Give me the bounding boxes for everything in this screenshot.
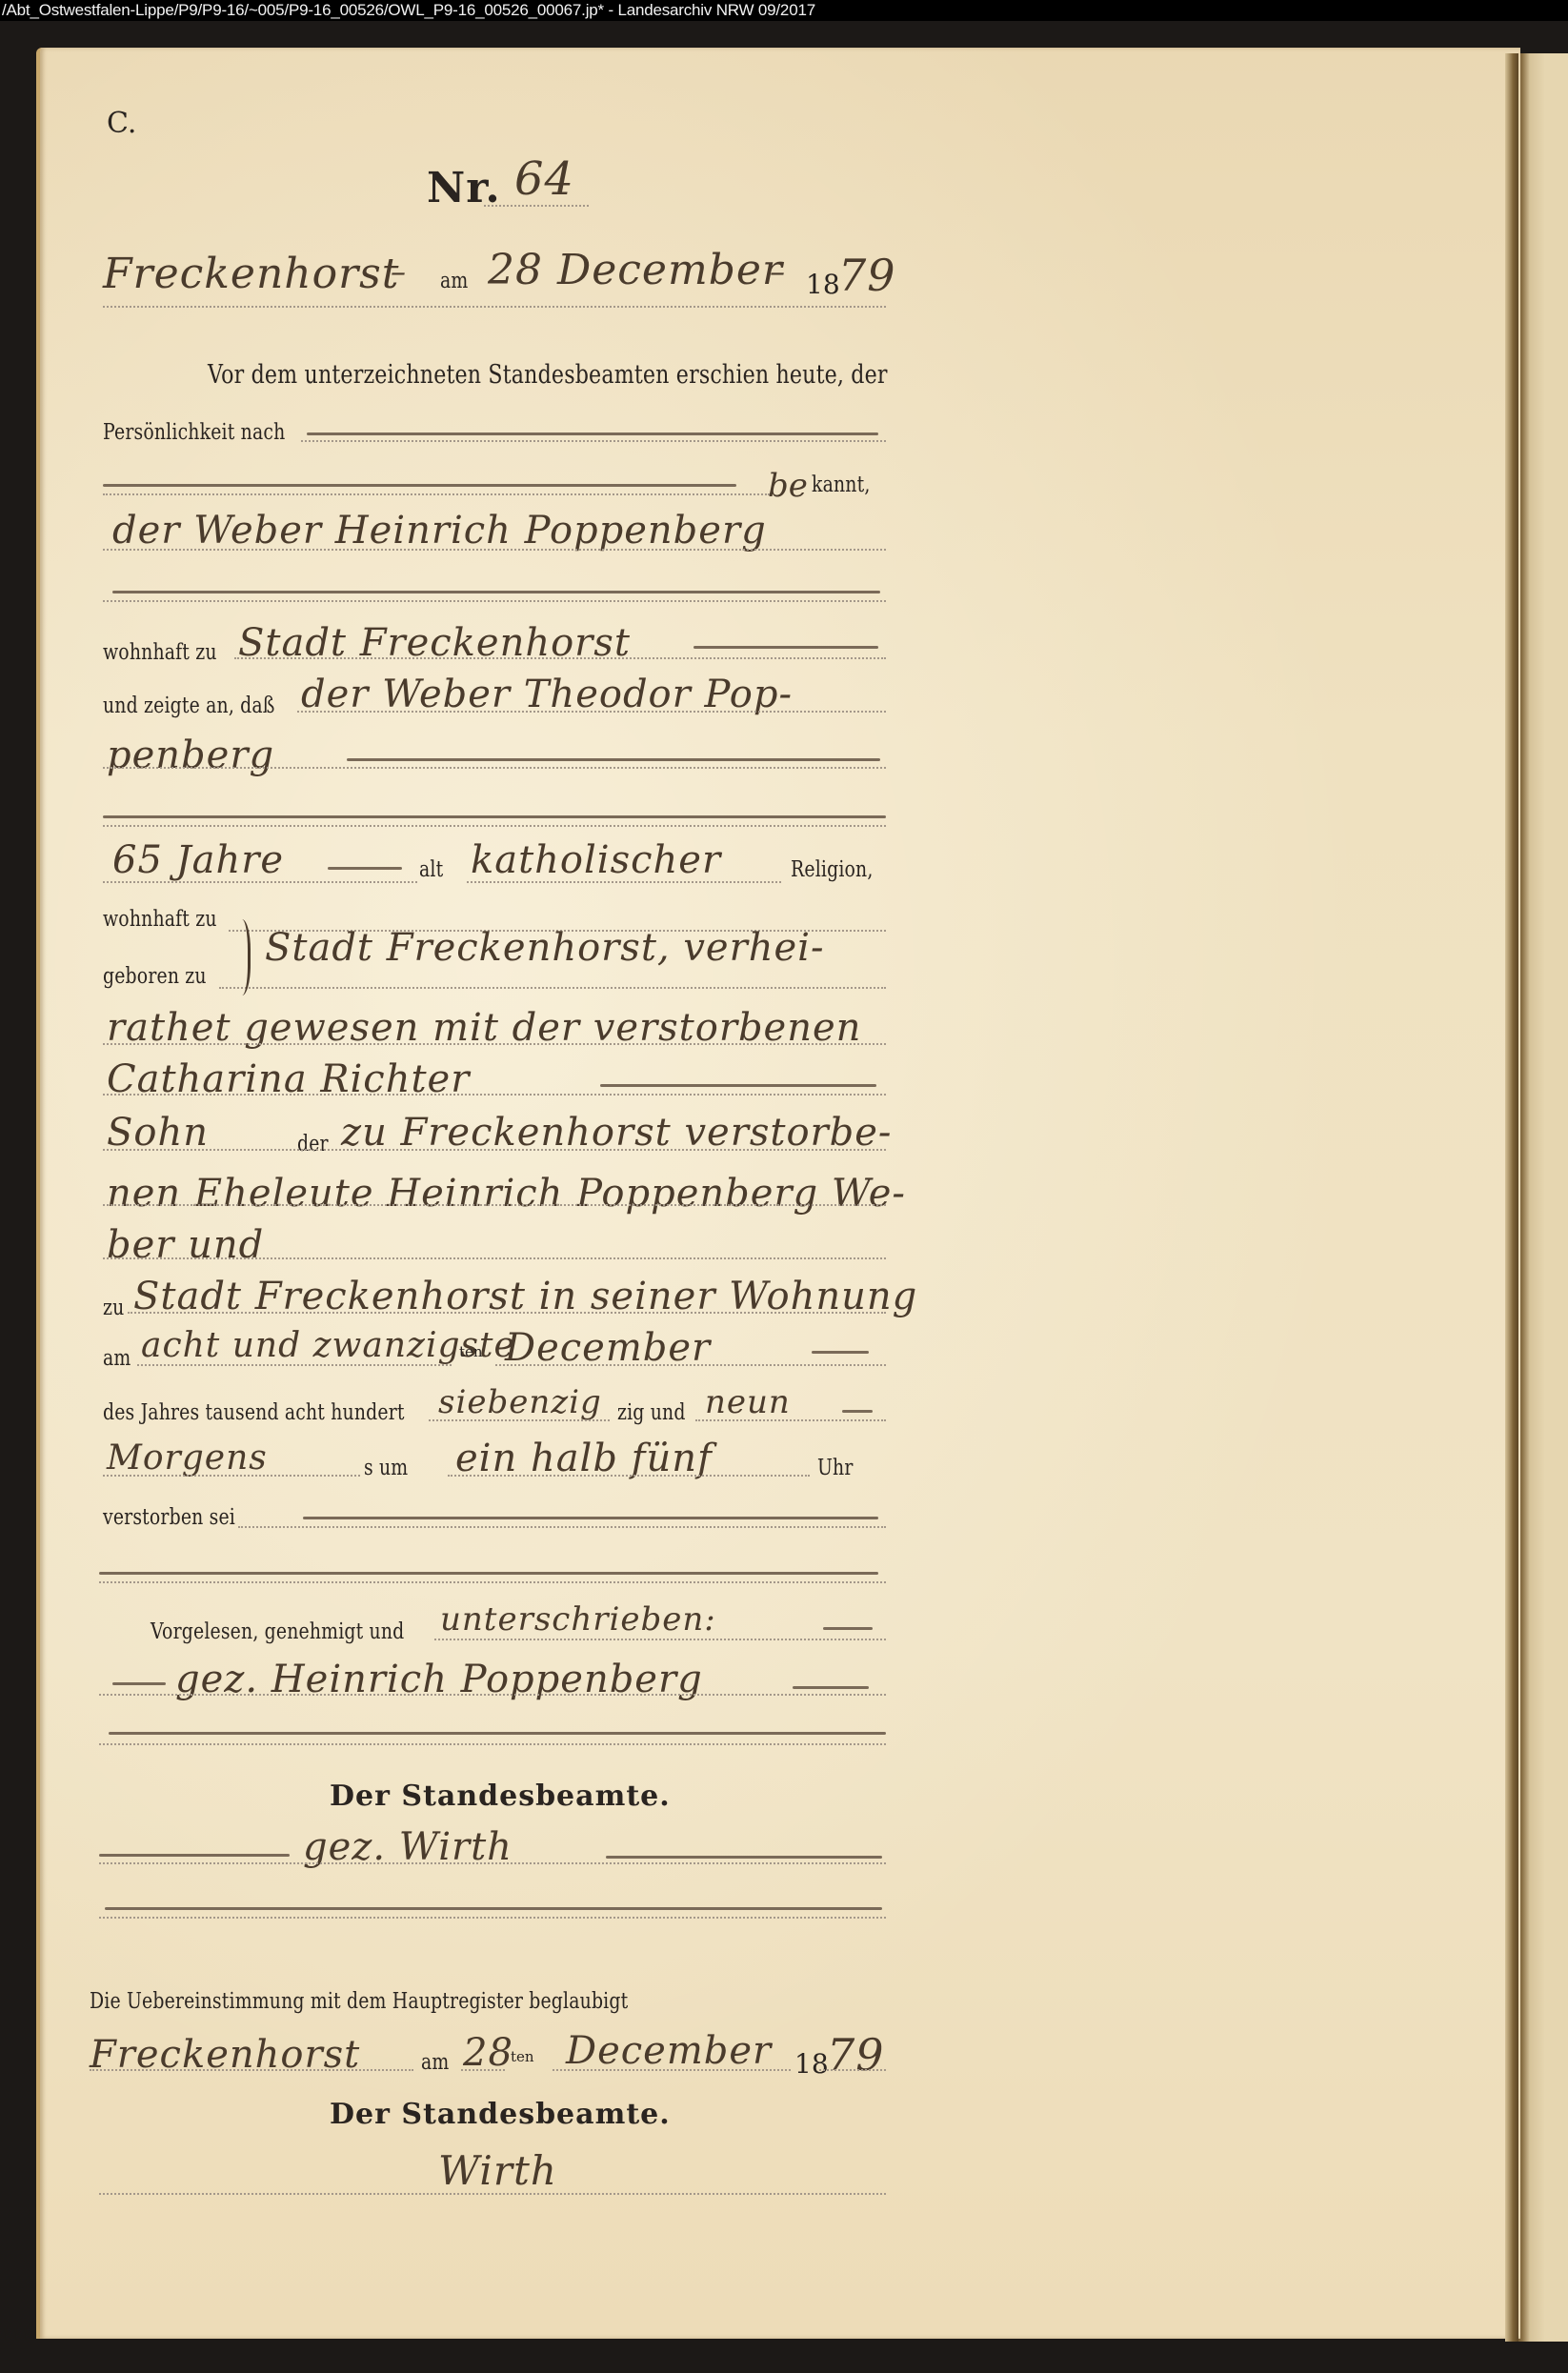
- struck-field: [103, 484, 736, 487]
- place-date-line: [103, 306, 886, 308]
- struck-field: [99, 1572, 878, 1575]
- wohnhaft-label: wohnhaft zu: [103, 907, 217, 932]
- cert-official-title: Der Standesbeamte.: [330, 2098, 671, 2131]
- year-prefix: 18: [806, 269, 840, 300]
- verstorben-label: verstorben sei: [103, 1505, 235, 1530]
- struck-field: [694, 646, 878, 649]
- read-approved-label: Vorgelesen, genehmigt und: [151, 1619, 404, 1644]
- death-month-line: [495, 1364, 886, 1366]
- struck-field: [109, 1732, 886, 1735]
- struck-field: [842, 1410, 873, 1413]
- residence-line: [234, 657, 886, 659]
- personality-label: Persönlichkeit nach: [103, 420, 285, 445]
- am-label: am: [440, 269, 468, 293]
- window-title: /Abt_Ostwestfalen-Lippe/P9/P9-16/~005/P9…: [0, 0, 1568, 21]
- blank-line: [103, 825, 886, 827]
- deceased-line-2: penberg: [107, 734, 274, 777]
- cert-ten-label: ten: [511, 2048, 534, 2065]
- official-title: Der Standesbeamte.: [330, 1780, 671, 1813]
- parents-line: [103, 1257, 886, 1259]
- struck-field: [112, 1682, 166, 1685]
- year-units-value: neun: [705, 1383, 791, 1421]
- cert-signature: Wirth: [438, 2147, 557, 2194]
- spouse-line: [103, 1094, 886, 1096]
- year-label: des Jahres tausend acht hundert: [103, 1400, 405, 1425]
- blank-line: [99, 1581, 886, 1583]
- der-label: der: [297, 1132, 329, 1156]
- signature-line: [99, 1694, 886, 1696]
- birthplace-value: Stadt Freckenhorst, verhei-: [265, 926, 824, 970]
- struck-field: [328, 867, 402, 870]
- year-suffix: 79: [838, 250, 896, 301]
- married-field-line: [103, 1043, 886, 1045]
- parents-line: [103, 1149, 886, 1151]
- number-field-line: [484, 205, 589, 207]
- struck-field: [606, 1856, 882, 1859]
- dash: –: [391, 253, 406, 290]
- read-approved-value: unterschrieben:: [440, 1600, 716, 1639]
- death-day-line: [137, 1364, 452, 1366]
- cert-month-value: December: [566, 2029, 772, 2073]
- uhr-label: Uhr: [817, 1456, 854, 1480]
- cert-year-prefix: 18: [794, 2048, 829, 2080]
- known-handwritten: be: [768, 467, 808, 505]
- blank-line: [103, 600, 886, 602]
- year-units-line: [695, 1419, 886, 1421]
- cert-signature-line: [99, 2193, 886, 2195]
- struck-field: [812, 1351, 869, 1354]
- struck-field: [103, 815, 886, 818]
- blank-line: [99, 1743, 886, 1745]
- personality-line: [301, 440, 886, 442]
- year-tens-line: [429, 1419, 610, 1421]
- cert-year-line: [819, 2069, 886, 2071]
- alt-label: alt: [419, 857, 443, 882]
- religion-value: katholischer: [471, 838, 721, 882]
- intro-text: Vor dem unterzeichneten Standesbeamten e…: [208, 360, 888, 390]
- struck-field: [112, 591, 880, 593]
- date-value: 28 December: [488, 246, 783, 294]
- reported-label: und zeigte an, daß: [103, 694, 275, 718]
- cert-day-line: [461, 2069, 505, 2071]
- known-label: kannt,: [812, 473, 871, 497]
- read-line: [434, 1639, 886, 1640]
- dash: –: [770, 253, 785, 290]
- cert-place-line: [90, 2069, 413, 2071]
- parents-line-3: ber und: [107, 1223, 264, 1267]
- record-number-value: 64: [514, 152, 574, 206]
- religion-label: Religion,: [791, 857, 874, 882]
- blank-line: [99, 1917, 886, 1919]
- age-value: 65 Jahre: [112, 838, 284, 882]
- informant-value: der Weber Heinrich Poppenberg: [112, 509, 767, 553]
- residence-label: wohnhaft zu: [103, 640, 217, 665]
- struck-field: [347, 758, 880, 761]
- blank-line: [103, 767, 886, 769]
- official-line: [99, 1862, 886, 1864]
- deceased-line: [297, 711, 886, 713]
- year-tens-value: siebenzig: [438, 1383, 602, 1421]
- time-line: [448, 1475, 810, 1477]
- geboren-label: geboren zu: [103, 964, 207, 989]
- brace: [233, 919, 251, 995]
- struck-field: [105, 1907, 882, 1910]
- religion-line: [467, 881, 781, 883]
- am-label-2: am: [103, 1346, 131, 1371]
- death-place-line: [128, 1312, 886, 1314]
- age-line: [103, 881, 417, 883]
- verstorben-line: [238, 1526, 886, 1528]
- cert-month-line: [553, 2069, 791, 2071]
- struck-field: [600, 1084, 876, 1087]
- struck-field: [303, 1517, 878, 1519]
- place-value: Freckenhorst: [103, 250, 399, 298]
- struck-field: [307, 432, 878, 435]
- time-of-day-value: Morgens: [107, 1438, 268, 1478]
- blank-line: [103, 493, 770, 495]
- time-of-day-line: [103, 1475, 360, 1477]
- cert-year-suffix: 79: [827, 2029, 885, 2081]
- struck-field: [99, 1854, 290, 1857]
- informant-line: [103, 549, 886, 551]
- zig-und-label: zig und: [617, 1400, 686, 1425]
- certification-text: Die Uebereinstimmung mit dem Hauptregist…: [90, 1989, 628, 2014]
- struck-field: [823, 1627, 873, 1630]
- zu-label: zu: [103, 1296, 124, 1320]
- s-um-label: s um: [364, 1456, 408, 1480]
- next-page-edge: [1517, 53, 1568, 2342]
- page-gutter: [1505, 53, 1518, 2342]
- parents-line: [103, 1204, 886, 1206]
- struck-field: [793, 1686, 869, 1689]
- geboren-line: [219, 987, 886, 989]
- form-letter: C.: [107, 107, 136, 140]
- ten-label: ten: [459, 1343, 483, 1360]
- cert-am-label: am: [421, 2050, 449, 2075]
- parents-line-2: nen Eheleute Heinrich Poppenberg We-: [107, 1172, 906, 1216]
